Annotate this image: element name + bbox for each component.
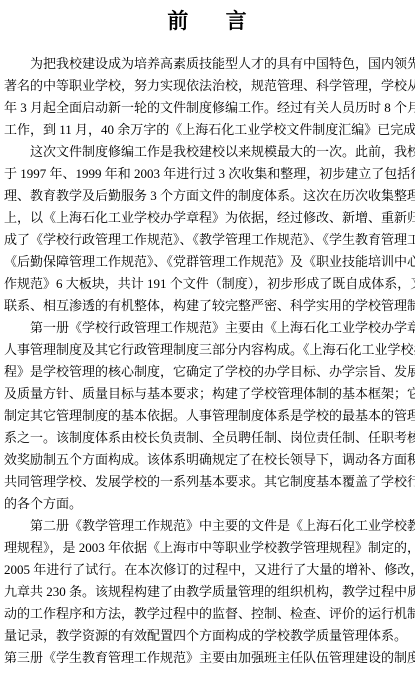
- paragraph: 第一册《学校行政管理工作规范》主要由《上海石化工业学校办学章程》、人事管理制度及…: [4, 317, 411, 515]
- paragraph: 第三册《学生教育管理工作规范》主要由加强班主任队伍管理建设的制度: [4, 647, 411, 669]
- paragraph-line: 第一册《学校行政管理工作规范》主要由《上海石化工业学校办学章程》、: [4, 317, 411, 339]
- paragraph-line: 上，以《上海石化工业学校办学章程》为依据，经过修改、新增、重新归类，形: [4, 207, 411, 229]
- paragraph-line: 系之一。该制度体系由校长负责制、全员聘任制、岗位责任制、任职考核制、绩: [4, 427, 411, 449]
- paragraph-line: 第三册《学生教育管理工作规范》主要由加强班主任队伍管理建设的制度: [4, 647, 411, 669]
- paragraph-line: 第二册《教学管理工作规范》中主要的文件是《上海石化工业学校教学管: [4, 515, 411, 537]
- paragraph-line: 动的工作程序和方法，教学过程中的监督、控制、检查、评价的运行机制和质: [4, 603, 411, 625]
- paragraph-line: 联系、相互渗透的有机整体，构建了较完整严密、科学实用的学校管理制度体系。: [4, 295, 411, 317]
- paragraph-line: 工作，到 11 月，40 余万字的《上海石化工业学校文件制度汇编》已完成。: [4, 119, 411, 141]
- paragraph: 为把我校建设成为培养高素质技能型人才的具有中国特色，国内领先、国际著名的中等职业…: [4, 53, 411, 141]
- paragraph-line: 及质量方针、质量目标与基本要求；构建了学校管理体制的基本框架；它是学校: [4, 383, 411, 405]
- paragraph-line: 这次文件制度修编工作是我校建校以来规模最大的一次。此前，我校曾经: [4, 141, 411, 163]
- paragraph-line: 作规范》6 大板块，共计 191 个文件（制度），初步形成了既自成体系，又相互: [4, 273, 411, 295]
- document-page: 前 言 为把我校建设成为培养高素质技能型人才的具有中国特色，国内领先、国际著名的…: [0, 0, 415, 675]
- paragraph-line: 程》是学校管理的核心制度，它确定了学校的办学目标、办学宗旨、发展道路以: [4, 361, 411, 383]
- paragraph-line: 人事管理制度及其它行政管理制度三部分内容构成。《上海石化工业学校办学章: [4, 339, 411, 361]
- paragraph-line: 成了《学校行政管理工作规范》、《教学管理工作规范》、《学生教育管理工作规范》、: [4, 229, 411, 251]
- paragraph-line: 的各个方面。: [4, 493, 411, 515]
- paragraph-line: 九章共 230 条。该规程构建了由教学质量管理的组织机构，教学过程中质量活: [4, 581, 411, 603]
- paragraph-line: 共同管理学校、发展学校的一系列基本要求。其它制度基本覆盖了学校行政管理: [4, 471, 411, 493]
- paragraph-line: 量记录，教学资源的有效配置四个方面构成的学校教学质量管理体系。: [4, 625, 411, 647]
- paragraph-line: 效奖励制五个方面构成。该体系明确规定了在校长领导下，调动各方面积极性，: [4, 449, 411, 471]
- page-title: 前 言: [4, 5, 411, 37]
- paragraph: 第二册《教学管理工作规范》中主要的文件是《上海石化工业学校教学管理规程》，是 2…: [4, 515, 411, 647]
- document-body: 为把我校建设成为培养高素质技能型人才的具有中国特色，国内领先、国际著名的中等职业…: [4, 53, 411, 669]
- paragraph-line: 制定其它管理制度的基本依据。人事管理制度体系是学校的最基本的管理制度体: [4, 405, 411, 427]
- paragraph-line: 《后勤保障管理工作规范》、《党群管理工作规范》及《职业技能培训中心管理工: [4, 251, 411, 273]
- paragraph-line: 理规程》，是 2003 年依据《上海市中等职业学校教学管理规程》制定的，2004…: [4, 537, 411, 559]
- paragraph-line: 2005 年进行了试行。在本次修订的过程中，又进行了大量的增补、修改，形成: [4, 559, 411, 581]
- paragraph-line: 年 3 月起全面启动新一轮的文件制度修编工作。经过有关人员历时 8 个月的辛勤: [4, 97, 411, 119]
- paragraph-line: 为把我校建设成为培养高素质技能型人才的具有中国特色，国内领先、国际: [4, 53, 411, 75]
- paragraph-line: 著名的中等职业学校，努力实现依法治校，规范管理、科学管理，学校从 2006: [4, 75, 411, 97]
- paragraph-line: 于 1997 年、1999 年和 2003 年进行过 3 次收集和整理，初步建立…: [4, 163, 411, 185]
- paragraph-line: 理、教育教学及后勤服务 3 个方面文件的制度体系。这次在历次收集整理的基础: [4, 185, 411, 207]
- paragraph: 这次文件制度修编工作是我校建校以来规模最大的一次。此前，我校曾经于 1997 年…: [4, 141, 411, 317]
